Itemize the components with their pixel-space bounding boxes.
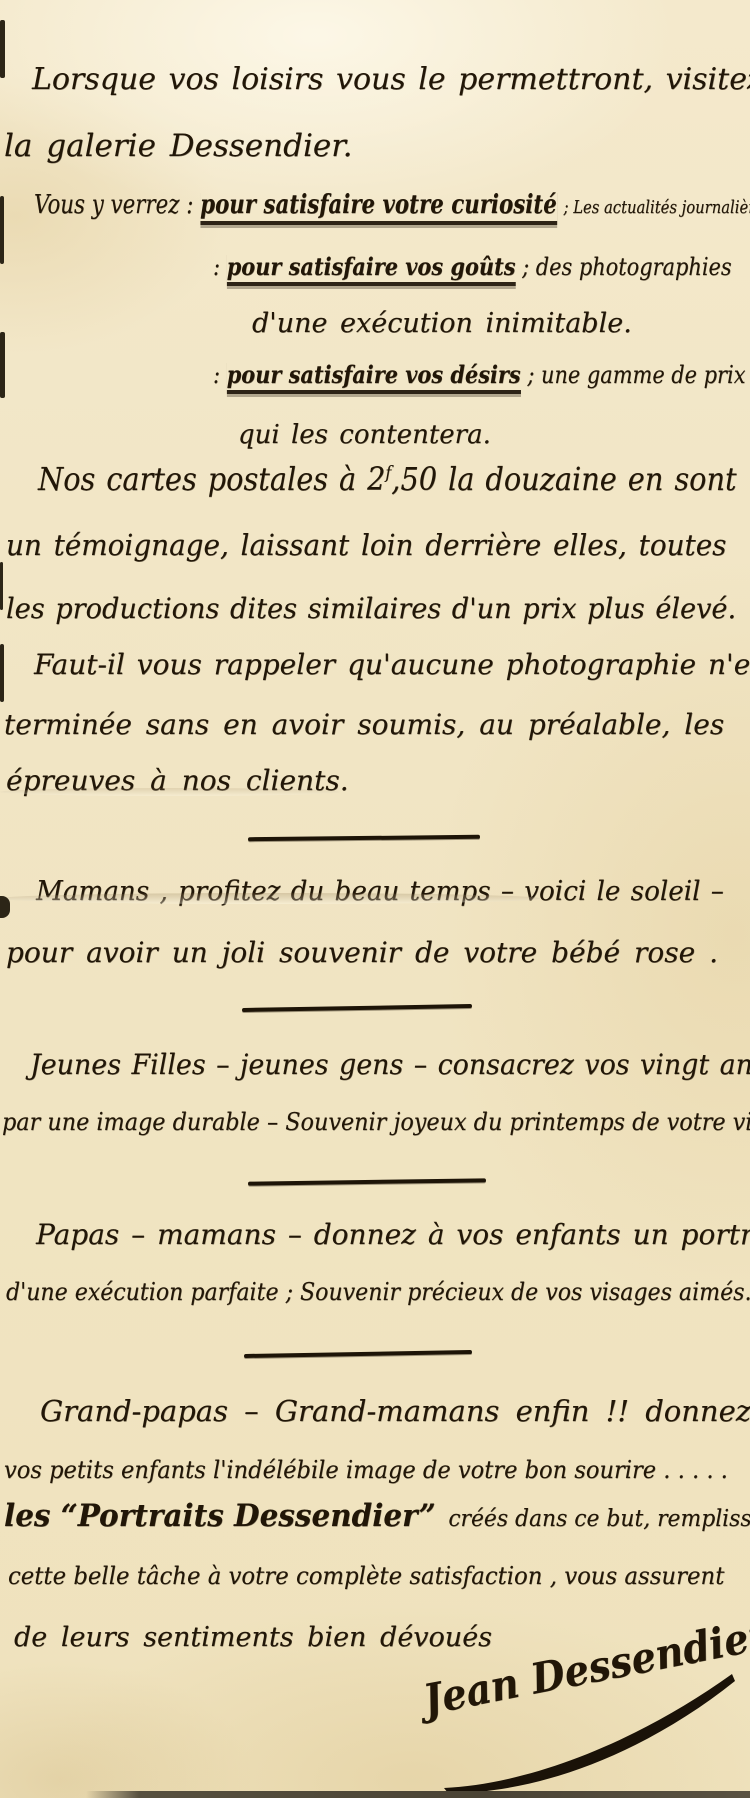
portraits-dessendier-emphasis: les “Portraits Dessendier” xyxy=(4,1498,436,1534)
slogan-curiosite: pour satisfaire votre curiosité xyxy=(200,190,557,225)
offerings-item2-colon: : xyxy=(213,253,220,281)
offerings-line-3: d'une exécution inimitable. xyxy=(252,308,632,339)
grands-parents-line-3: les “Portraits Dessendier” créés dans ce… xyxy=(4,1498,750,1534)
offerings-line-2: : pour satisfaire vos goûts ; des photog… xyxy=(213,252,732,281)
jeunes-filles-line-1: Jeunes Filles – jeunes gens – consacrez … xyxy=(30,1048,750,1081)
section-divider-1 xyxy=(248,835,480,841)
reminder-line-2: terminée sans en avoir soumis, au préala… xyxy=(4,708,724,741)
postcards-line-2: un témoignage, laissant loin derrière el… xyxy=(6,528,726,562)
mamans-line-2: pour avoir un joli souvenir de votre béb… xyxy=(6,936,718,969)
grands-parents-line-2: vos petits enfants l'indélébile image de… xyxy=(4,1456,728,1484)
postcards-line-3: les productions dites similaires d'un pr… xyxy=(6,592,736,625)
offerings-item3-after: ; une gamme de prix xyxy=(527,361,745,389)
left-edge-tear-1 xyxy=(0,20,5,78)
intro-line-1: Lorsque vos loisirs vous le permettront,… xyxy=(32,62,750,97)
papas-line-2: d'une exécution parfaite ; Souvenir préc… xyxy=(6,1278,750,1306)
left-edge-tear-5 xyxy=(0,644,4,702)
section-divider-2 xyxy=(242,1004,472,1012)
jeunes-filles-line-2: par une image durable – Souvenir joyeux … xyxy=(2,1108,750,1136)
papas-line-1: Papas – mamans – donnez à vos enfants un… xyxy=(36,1218,750,1251)
scanned-letter-paper: Lorsque vos loisirs vous le permettront,… xyxy=(0,0,750,1798)
left-edge-tear-3 xyxy=(0,332,5,398)
grands-parents-line-4: cette belle tâche à votre complète satis… xyxy=(8,1562,724,1590)
left-edge-tear-4 xyxy=(0,562,3,610)
postcards-price-post: ,50 la douzaine en sont xyxy=(391,460,736,498)
left-edge-tear-2 xyxy=(0,196,4,264)
reminder-line-1: Faut-il vous rappeler qu'aucune photogra… xyxy=(34,648,750,681)
offerings-line-5: qui les contentera. xyxy=(238,420,491,450)
slogan-gouts: pour satisfaire vos goûts xyxy=(227,252,516,286)
offerings-item2-after: ; des photographies xyxy=(522,253,731,281)
section-divider-4 xyxy=(244,1350,472,1358)
section-divider-3 xyxy=(248,1178,486,1185)
offerings-lead: Vous y verrez : xyxy=(34,190,193,220)
offerings-line-1: Vous y verrez : pour satisfaire votre cu… xyxy=(34,190,750,220)
postcards-price-pre: Nos cartes postales à 2 xyxy=(38,460,385,498)
grands-parents-line-1: Grand-papas – Grand-mamans enfin !! donn… xyxy=(40,1394,750,1428)
mamans-line-1: Mamans , profitez du beau temps – voici … xyxy=(36,876,724,907)
slogan-desirs: pour satisfaire vos désirs xyxy=(227,360,521,394)
grands-parents-line-3-rest: créés dans ce but, remplissant xyxy=(448,1506,750,1532)
offerings-item3-colon: : xyxy=(213,361,220,389)
signature-flourish xyxy=(408,1642,738,1794)
offerings-item1-after: ; Les actualités journalières xyxy=(564,197,750,218)
intro-line-2: la galerie Dessendier. xyxy=(4,128,352,164)
bottom-scan-edge xyxy=(86,1791,750,1798)
offerings-line-4: : pour satisfaire vos désirs ; une gamme… xyxy=(213,360,745,389)
left-edge-tear-6 xyxy=(0,896,10,918)
postcards-line-1: Nos cartes postales à 2f,50 la douzaine … xyxy=(38,460,737,498)
reminder-line-3: épreuves à nos clients. xyxy=(6,764,349,797)
